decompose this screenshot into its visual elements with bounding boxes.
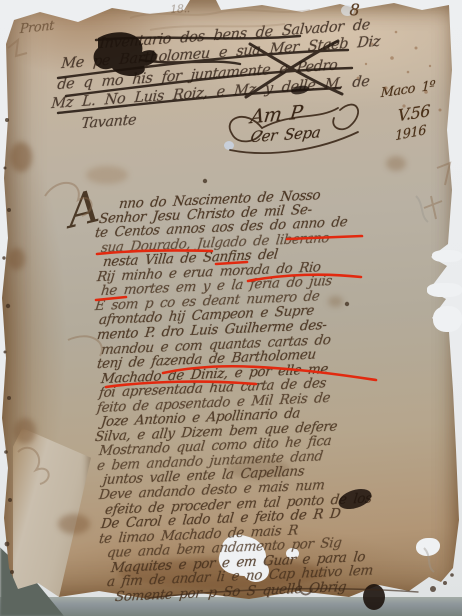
edge-tear xyxy=(427,283,462,297)
manuscript-photo: Pront 18.. 8 Maco 1º V.56 1916 Inventari… xyxy=(0,0,462,616)
stain xyxy=(14,418,36,444)
stain xyxy=(8,248,25,270)
stain xyxy=(58,514,90,534)
stain xyxy=(386,156,406,171)
edge-tear xyxy=(432,250,462,262)
edge-tear xyxy=(433,306,462,332)
blue-speck xyxy=(224,141,234,150)
page-number: 8 xyxy=(349,0,360,20)
faint-date: 18.. xyxy=(170,2,190,16)
stain xyxy=(328,296,343,307)
stain xyxy=(10,142,32,172)
